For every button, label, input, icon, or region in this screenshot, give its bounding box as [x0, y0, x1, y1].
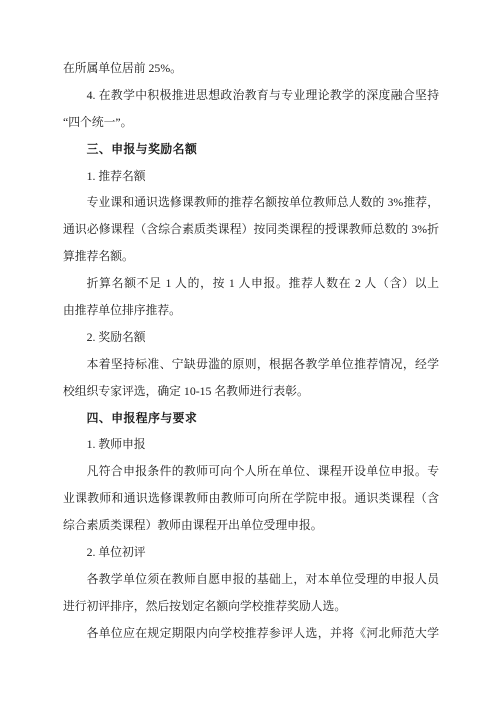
paragraph-line: 折算名额不足 1 人的，按 1 人申报。推荐人数在 2 人（含）以上者，	[63, 270, 439, 297]
paragraph-line: 由推荐单位排序推荐。	[63, 297, 439, 324]
paragraph-line: 综合素质类课程）教师由课程开出单位受理申报。	[63, 512, 439, 539]
paragraph-line: 各单位应在规定期限内向学校推荐参评人选，并将《河北师范大学	[63, 620, 439, 647]
sub-heading-line: 2. 单位初评	[63, 539, 439, 566]
document-body: 在所属单位居前 25%。 4. 在教学中积极推进思想政治教育与专业理论教学的深度…	[63, 55, 439, 647]
paragraph-line: 进行初评排序，然后按划定名额向学校推荐奖励人选。	[63, 593, 439, 620]
paragraph-line: 凡符合申报条件的教师可向个人所在单位、课程开设单位申报。专	[63, 458, 439, 485]
section-heading: 三、申报与奖励名额	[63, 136, 439, 163]
section-heading: 四、申报程序与要求	[63, 405, 439, 432]
paragraph-line: 通识必修课程（含综合素质类课程）按同类课程的授课教师总数的 3%折	[63, 216, 439, 243]
sub-heading-line: 1. 教师申报	[63, 431, 439, 458]
paragraph-line: 专业课和通识选修课教师的推荐名额按单位教师总人数的 3%推荐，	[63, 189, 439, 216]
sub-heading-line: 2. 奖励名额	[63, 324, 439, 351]
document-page: 在所属单位居前 25%。 4. 在教学中积极推进思想政治教育与专业理论教学的深度…	[0, 0, 500, 707]
paragraph-line: 4. 在教学中积极推进思想政治教育与专业理论教学的深度融合坚持	[63, 82, 439, 109]
paragraph-line: 本着坚持标准、宁缺毋滥的原则，根据各教学单位推荐情况，经学	[63, 351, 439, 378]
sub-heading-line: 1. 推荐名额	[63, 163, 439, 190]
paragraph-line: 各教学单位须在教师自愿申报的基础上，对本单位受理的申报人员	[63, 566, 439, 593]
paragraph-line: 在所属单位居前 25%。	[63, 55, 439, 82]
paragraph-line: 校组织专家评选，确定 10-15 名教师进行表彰。	[63, 378, 439, 405]
paragraph-line: “四个统一”。	[63, 109, 439, 136]
paragraph-line: 业课教师和通识选修课教师由教师可向所在学院申报。通识类课程（含	[63, 485, 439, 512]
paragraph-line: 算推荐名额。	[63, 243, 439, 270]
